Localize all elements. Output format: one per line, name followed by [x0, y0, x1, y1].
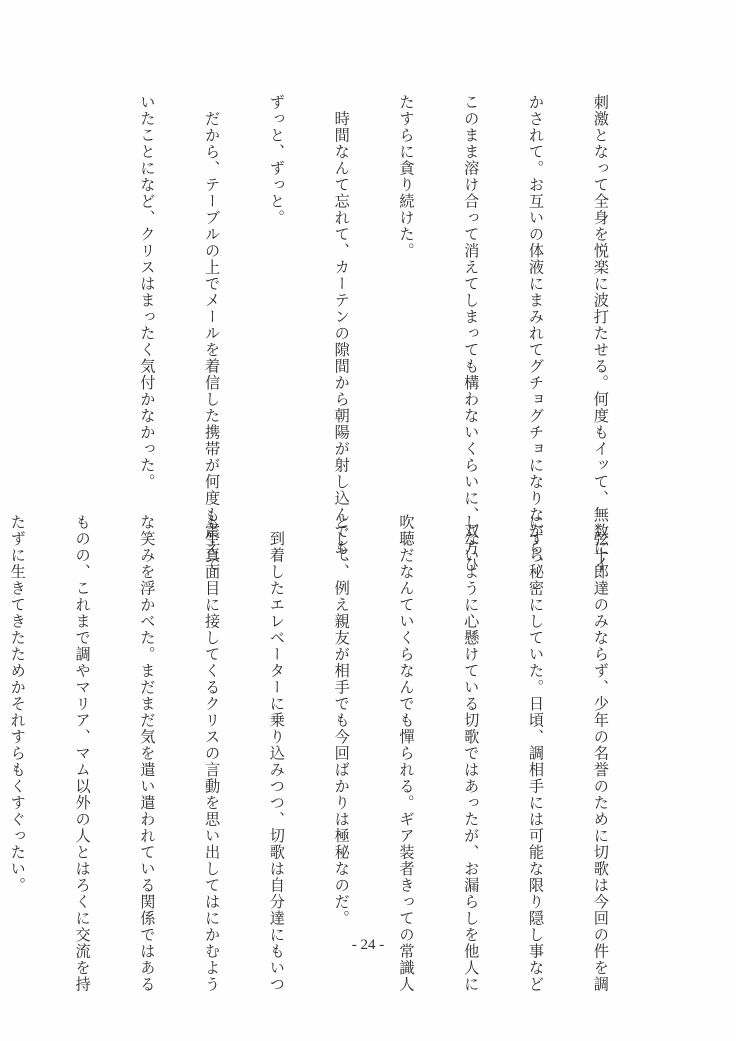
text-column: 到着したエレベーターに乗り込みつつ、切歌は自分達にもいつ	[265, 514, 287, 924]
text-column: ずっと、ずっと。	[265, 94, 287, 504]
text-column: たすらに貪り続けた。	[395, 94, 417, 504]
text-column: として、例え親友が相手でも今回ばかりは極秘なのだ。	[330, 514, 352, 924]
lower-text-block: 弦十郎達のみならず、少年の名誉のために切歌は今回の件を調 にすら秘密にしていた。…	[0, 514, 654, 924]
page-number: - 24 -	[0, 937, 736, 954]
novel-page: 刺激となって全身を悦楽に波打たせる。何度もイッて、無数にイ かされて。お互いの体…	[0, 0, 736, 1041]
text-column: いたことになど、クリスはまったく気付かなかった。	[136, 94, 158, 504]
blank-column	[71, 94, 93, 504]
text-column: このまま溶け合って消えてしまっても構わないくらいに、双方ひ	[460, 94, 482, 504]
text-column: 刺激となって全身を悦楽に波打たせる。何度もイッて、無数にイ	[589, 94, 611, 504]
text-column: にすら秘密にしていた。日頃、調相手には可能な限り隠し事など	[524, 514, 546, 924]
text-column: しないように心懸けている切歌ではあったが、お漏らしを他人に	[460, 514, 482, 924]
text-column: かされて。お互いの体液にまみれてグチョグチョになりながら、	[524, 94, 546, 504]
text-column: 吹聴だなんていくらなんでも憚られる。ギア装者きっての常識人	[395, 514, 417, 924]
text-column: な笑みを浮かべた。まだまだ気を遣い遣われている関係ではある	[136, 514, 158, 924]
upper-text-block: 刺激となって全身を悦楽に波打たせる。何度もイッて、無数にイ かされて。お互いの体…	[0, 94, 654, 504]
text-column: 時間なんて忘れて、カーテンの隙間から朝陽が射し込んでも、	[330, 94, 352, 504]
text-column: 弦十郎達のみならず、少年の名誉のために切歌は今回の件を調	[589, 514, 611, 924]
section-break	[0, 94, 28, 504]
text-column: だから、テーブルの上でメールを着信した携帯が何度も震えて	[201, 94, 223, 504]
text-column: も生真面目に接してくるクリスの言動を思い出してはにかむよう	[201, 514, 223, 924]
text-column: たずに生きてきたためかそれすらもくすぐったい。	[6, 514, 28, 924]
section-break-squares-icon	[0, 131, 6, 222]
text-column: ものの、これまで調やマリア、マム以外の人とはろくに交流を持	[71, 514, 93, 924]
